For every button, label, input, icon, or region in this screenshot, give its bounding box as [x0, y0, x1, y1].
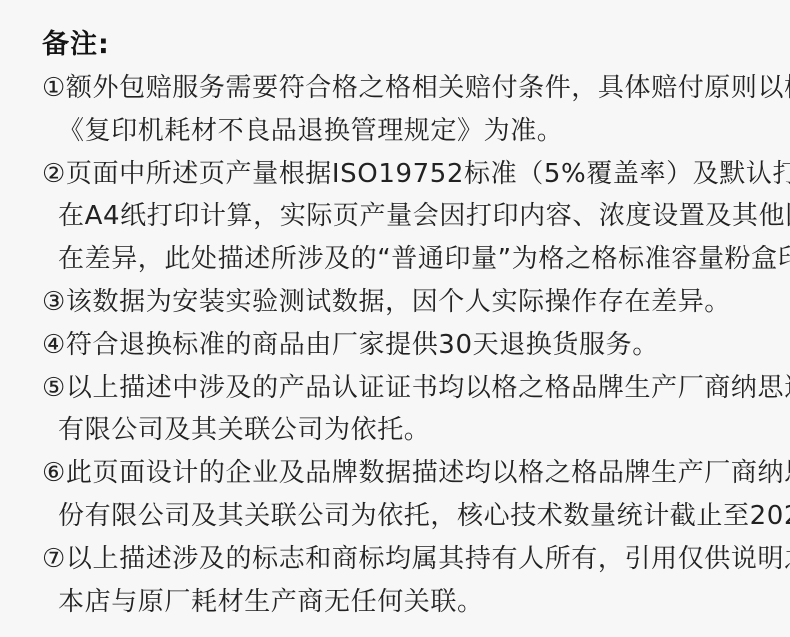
note-line: ③该数据为安装实验测试数据，因个人实际操作存在差异。: [42, 281, 774, 324]
note-line: ②页面中所述页产量根据ISO19752标准（5%覆盖率）及默认打印浓度: [42, 153, 774, 196]
note-item-4: ④符合退换标准的商品由厂家提供30天退换货服务。: [42, 324, 774, 367]
note-item-6: ⑥此页面设计的企业及品牌数据描述均以格之格品牌生产厂商纳思达股 份有限公司及其关…: [42, 452, 774, 538]
note-line: ⑤以上描述中涉及的产品认证证书均以格之格品牌生产厂商纳思达股份: [42, 367, 774, 410]
note-line: ①额外包赔服务需要符合格之格相关赔付条件，具体赔付原则以格之格: [42, 67, 774, 110]
note-line: ⑥此页面设计的企业及品牌数据描述均以格之格品牌生产厂商纳思达股: [42, 452, 774, 495]
note-line: 有限公司及其关联公司为依托。: [42, 409, 774, 452]
note-line: ④符合退换标准的商品由厂家提供30天退换货服务。: [42, 324, 774, 367]
note-item-1: ①额外包赔服务需要符合格之格相关赔付条件，具体赔付原则以格之格 《复印机耗材不良…: [42, 67, 774, 153]
note-line: ⑦以上描述涉及的标志和商标均属其持有人所有，引用仅供说明之用，: [42, 538, 774, 581]
remarks-panel: 备注: ①额外包赔服务需要符合格之格相关赔付条件，具体赔付原则以格之格 《复印机…: [0, 0, 790, 637]
note-line: 在A4纸打印计算，实际页产量会因打印内容、浓度设置及其他因素存: [42, 195, 774, 238]
note-line: 份有限公司及其关联公司为依托，核心技术数量统计截止至2020.12。: [42, 495, 774, 538]
note-item-3: ③该数据为安装实验测试数据，因个人实际操作存在差异。: [42, 281, 774, 324]
remarks-heading: 备注:: [42, 23, 774, 67]
note-item-5: ⑤以上描述中涉及的产品认证证书均以格之格品牌生产厂商纳思达股份 有限公司及其关联…: [42, 367, 774, 453]
note-item-7: ⑦以上描述涉及的标志和商标均属其持有人所有，引用仅供说明之用， 本店与原厂耗材生…: [42, 538, 774, 624]
note-line: 《复印机耗材不良品退换管理规定》为准。: [42, 110, 774, 153]
note-line: 本店与原厂耗材生产商无任何关联。: [42, 581, 774, 624]
note-item-2: ②页面中所述页产量根据ISO19752标准（5%覆盖率）及默认打印浓度 在A4纸…: [42, 153, 774, 281]
note-line: 在差异，此处描述所涉及的“普通印量”为格之格标准容量粉盒印量。: [42, 238, 774, 281]
